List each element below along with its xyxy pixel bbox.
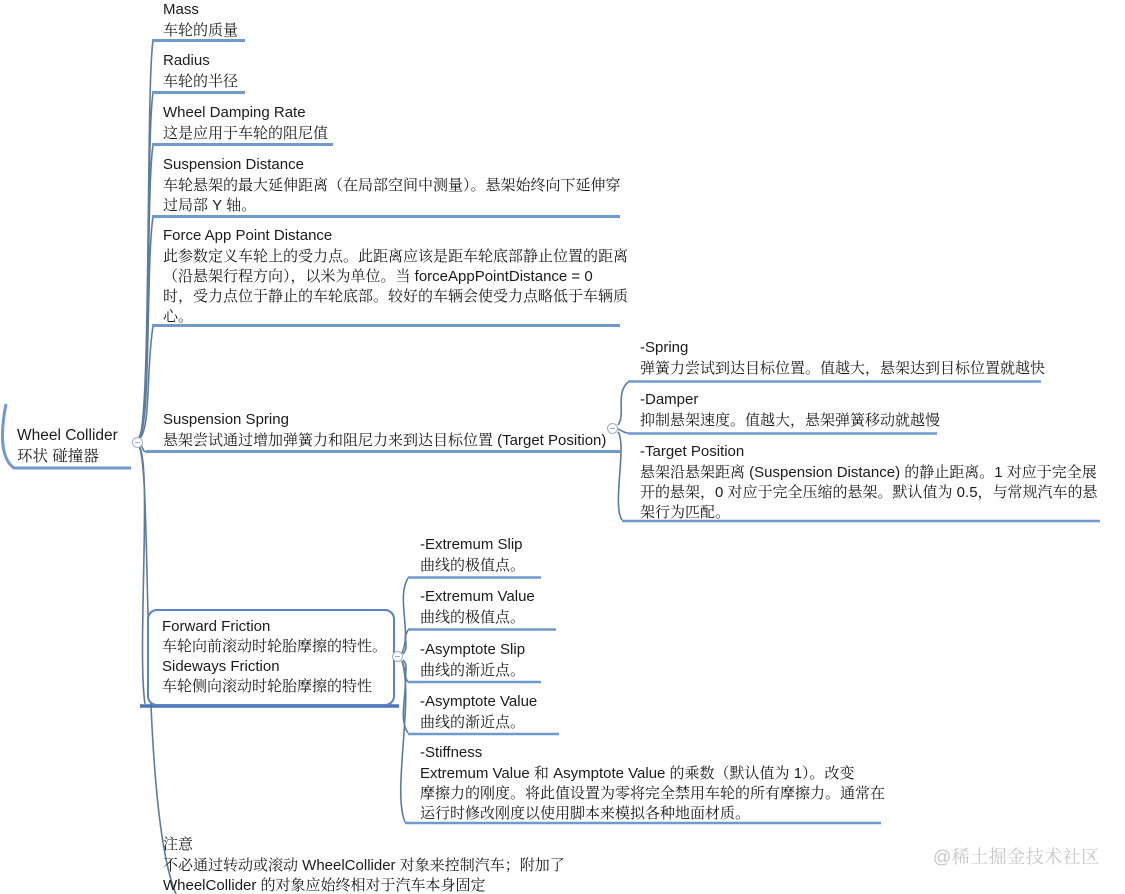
node-wheel-damping-rate[interactable]: Wheel Damping Rate 这是应用于车轮的阻尼值 bbox=[163, 103, 328, 144]
collapse-button-root[interactable] bbox=[132, 437, 143, 448]
node-wheel-collider-root[interactable]: Wheel Collider 环状 碰撞器 bbox=[17, 426, 147, 467]
node-title: Suspension Distance bbox=[163, 155, 631, 175]
node-target-position[interactable]: -Target Position 悬架沿悬架距离 (Suspension Dis… bbox=[640, 442, 1112, 523]
node-title: -Asymptote Value bbox=[420, 692, 537, 712]
node-desc: 悬架尝试通过增加弹簧力和阻尼力来到达目标位置 (Target Position) bbox=[163, 431, 623, 451]
node-stiffness[interactable]: -Stiffness Extremum Value 和 Asymptote Va… bbox=[420, 743, 890, 824]
node-spring[interactable]: -Spring 弹簧力尝试到达目标位置。值越大，悬架达到目标位置就越快 bbox=[640, 338, 1070, 379]
node-title: Radius bbox=[163, 51, 238, 71]
node-title: -Extremum Value bbox=[420, 587, 535, 607]
node-desc: 弹簧力尝试到达目标位置。值越大，悬架达到目标位置就越快 bbox=[640, 359, 1070, 379]
node-title: 注意 bbox=[163, 835, 608, 855]
node-desc: 这是应用于车轮的阻尼值 bbox=[163, 124, 328, 144]
minus-icon bbox=[610, 428, 615, 429]
node-desc: 曲线的极值点。 bbox=[420, 556, 525, 576]
node-desc: 此参数定义车轮上的受力点。此距离应该是距车轮底部静止位置的距离 （沿悬架行程方向… bbox=[163, 247, 631, 327]
node-desc: 车轮的半径 bbox=[163, 72, 238, 92]
node-title: Force App Point Distance bbox=[163, 226, 631, 246]
root-subtitle: 环状 碰撞器 bbox=[17, 447, 147, 467]
friction-desc-forward: 车轮向前滚动时轮胎摩擦的特性。 bbox=[162, 637, 393, 657]
node-radius[interactable]: Radius 车轮的半径 bbox=[163, 51, 238, 92]
node-friction[interactable]: Forward Friction 车轮向前滚动时轮胎摩擦的特性。 Sideway… bbox=[147, 609, 395, 706]
node-note[interactable]: 注意 不必通过转动或滚动 WheelCollider 对象来控制汽车；附加了 W… bbox=[163, 835, 608, 894]
node-desc: 车轮悬架的最大延伸距离（在局部空间中测量）。悬架始终向下延伸穿 过局部 Y 轴。 bbox=[163, 176, 631, 216]
node-damper[interactable]: -Damper 抑制悬架速度。值越大，悬架弹簧移动就越慢 bbox=[640, 390, 970, 431]
node-title: Mass bbox=[163, 0, 238, 20]
node-title: -Extremum Slip bbox=[420, 535, 525, 555]
node-desc: 曲线的极值点。 bbox=[420, 608, 535, 628]
node-desc: Extremum Value 和 Asymptote Value 的乘数（默认值… bbox=[420, 764, 890, 824]
node-desc: 曲线的渐近点。 bbox=[420, 713, 537, 733]
mindmap-canvas: Wheel Collider 环状 碰撞器 Mass 车轮的质量 Radius … bbox=[0, 0, 1125, 894]
node-title: Wheel Damping Rate bbox=[163, 103, 328, 123]
node-desc: 车轮的质量 bbox=[163, 21, 238, 41]
friction-title-sideways: Sideways Friction bbox=[162, 657, 393, 677]
friction-title-forward: Forward Friction bbox=[162, 617, 393, 637]
node-asymptote-slip[interactable]: -Asymptote Slip 曲线的渐近点。 bbox=[420, 640, 525, 681]
node-suspension-spring[interactable]: Suspension Spring 悬架尝试通过增加弹簧力和阻尼力来到达目标位置… bbox=[163, 410, 623, 451]
node-desc: 抑制悬架速度。值越大，悬架弹簧移动就越慢 bbox=[640, 411, 970, 431]
node-desc: 不必通过转动或滚动 WheelCollider 对象来控制汽车；附加了 Whee… bbox=[163, 856, 608, 894]
node-title: -Asymptote Slip bbox=[420, 640, 525, 660]
node-extremum-value[interactable]: -Extremum Value 曲线的极值点。 bbox=[420, 587, 535, 628]
node-mass[interactable]: Mass 车轮的质量 bbox=[163, 0, 238, 41]
node-desc: 曲线的渐近点。 bbox=[420, 661, 525, 681]
node-title: Suspension Spring bbox=[163, 410, 623, 430]
friction-desc-sideways: 车轮侧向滚动时轮胎摩擦的特性 bbox=[162, 677, 393, 697]
node-extremum-slip[interactable]: -Extremum Slip 曲线的极值点。 bbox=[420, 535, 525, 576]
collapse-button-friction[interactable] bbox=[392, 651, 403, 662]
node-suspension-distance[interactable]: Suspension Distance 车轮悬架的最大延伸距离（在局部空间中测量… bbox=[163, 155, 631, 216]
minus-icon bbox=[395, 656, 400, 657]
watermark: @稀土掘金技术社区 bbox=[933, 845, 1100, 869]
node-title: -Spring bbox=[640, 338, 1070, 358]
root-title: Wheel Collider bbox=[17, 426, 147, 446]
node-title: -Target Position bbox=[640, 442, 1112, 462]
collapse-button-suspension-spring[interactable] bbox=[607, 423, 618, 434]
node-asymptote-value[interactable]: -Asymptote Value 曲线的渐近点。 bbox=[420, 692, 537, 733]
node-title: -Damper bbox=[640, 390, 970, 410]
node-desc: 悬架沿悬架距离 (Suspension Distance) 的静止距离。1 对应… bbox=[640, 463, 1112, 523]
node-force-app-point-distance[interactable]: Force App Point Distance 此参数定义车轮上的受力点。此距… bbox=[163, 226, 631, 327]
node-title: -Stiffness bbox=[420, 743, 890, 763]
minus-icon bbox=[135, 442, 140, 443]
